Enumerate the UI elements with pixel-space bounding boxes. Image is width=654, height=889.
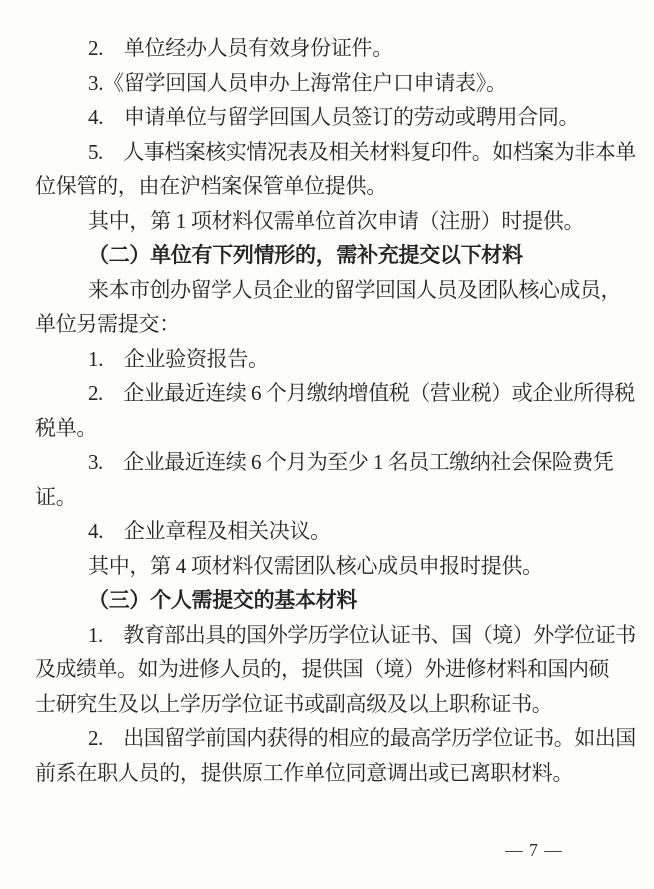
- text-line: 位保管的，由在沪档案保管单位提供。: [35, 169, 621, 204]
- scanned-document-page: 2. 单位经办人员有效身份证件。3.《留学回国人员申办上海常住户口申请表》。4.…: [0, 0, 654, 889]
- text-line: 及成绩单。如为进修人员的，提供国（境）外进修材料和国内硕: [35, 652, 621, 687]
- page-number: — 7 —: [478, 840, 590, 861]
- text-line: 5. 人事档案核实情况表及相关材料复印件。如档案为非本单: [35, 135, 621, 170]
- text-line: 税单。: [35, 411, 621, 446]
- text-line: 3.《留学回国人员申办上海常住户口申请表》。: [35, 66, 621, 101]
- text-line: 1. 教育部出具的国外学历学位认证书、国（境）外学位证书: [35, 618, 621, 653]
- text-line: 4. 企业章程及相关决议。: [35, 514, 621, 549]
- text-line: 4. 申请单位与留学回国人员签订的劳动或聘用合同。: [35, 100, 621, 135]
- text-line: 2. 企业最近连续 6 个月缴纳增值税（营业税）或企业所得税: [35, 376, 621, 411]
- section-heading: （二）单位有下列情形的，需补充提交以下材料: [35, 238, 621, 273]
- text-line: 来本市创办留学人员企业的留学回国人员及团队核心成员，: [35, 273, 621, 308]
- text-line: 2. 单位经办人员有效身份证件。: [35, 31, 621, 66]
- text-line: 单位另需提交：: [35, 307, 621, 342]
- text-line: 证。: [35, 480, 621, 515]
- document-body: 2. 单位经办人员有效身份证件。3.《留学回国人员申办上海常住户口申请表》。4.…: [35, 31, 621, 790]
- section-heading: （三）个人需提交的基本材料: [35, 583, 621, 618]
- text-line: 前系在职人员的，提供原工作单位同意调出或已离职材料。: [35, 756, 621, 791]
- text-line: 士研究生及以上学历学位证书或副高级及以上职称证书。: [35, 687, 621, 722]
- text-line: 其中，第 1 项材料仅需单位首次申请（注册）时提供。: [35, 204, 621, 239]
- text-line: 2. 出国留学前国内获得的相应的最高学历学位证书。如出国: [35, 721, 621, 756]
- text-line: 其中，第 4 项材料仅需团队核心成员申报时提供。: [35, 549, 621, 584]
- text-line: 1. 企业验资报告。: [35, 342, 621, 377]
- text-line: 3. 企业最近连续 6 个月为至少 1 名员工缴纳社会保险费凭: [35, 445, 621, 480]
